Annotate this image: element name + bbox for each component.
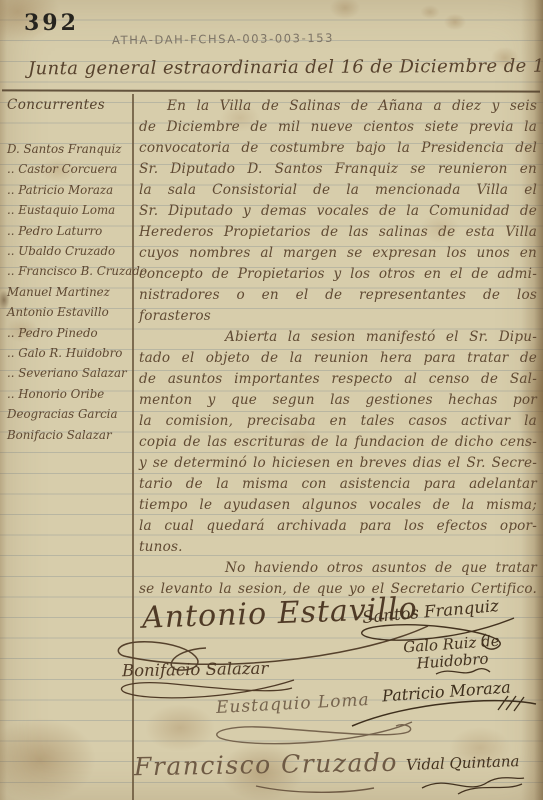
attendee-name: .. Eustaquio Loma (7, 200, 131, 220)
manuscript-page: 392 ATHA-DAH-FCHSA-003-003-153 Junta gen… (0, 0, 543, 800)
attendee-name: .. Pedro Pinedo (7, 323, 131, 343)
minutes-text: En la Villa de Salinas de Añana a diez y… (139, 96, 537, 600)
minutes-line: nistradores o en el de representantes de… (139, 285, 537, 306)
signature-flourish-loma (206, 716, 420, 750)
minutes-line: la sala Consistorial de la mencionada Vi… (139, 180, 537, 201)
attendees-column: Concurrentes D. Santos Franquiz .. Casto… (7, 97, 131, 445)
signature-vidal-quintana: Vidal Quintana (406, 752, 520, 774)
minutes-line: No haviendo otros asuntos de que tratar (139, 558, 537, 579)
session-title: Junta general estraordinaria del 16 de D… (28, 56, 538, 80)
attendee-name: Deogracias Garcia (7, 404, 131, 424)
minutes-line: Abierta la sesion manifestó el Sr. Dipu- (139, 327, 537, 348)
minutes-line: Sr. Diputado D. Santos Franquiz se reuni… (139, 159, 537, 180)
signature-francisco-cruzado: Francisco Cruzado (134, 748, 398, 782)
attendees-header: Concurrentes (7, 97, 131, 113)
attendee-name: Manuel Martinez (7, 282, 131, 302)
attendee-name: .. Patricio Moraza (7, 180, 131, 200)
minutes-line: tiempo le ayudasen algunos vocales de la… (139, 495, 537, 516)
minutes-line: forasteros (139, 306, 537, 327)
minutes-line: de asuntos importantes respecto al censo… (139, 369, 537, 390)
title-underline-rule (2, 89, 540, 92)
minutes-line: convocatoria de costumbre bajo la Presid… (139, 138, 537, 159)
attendee-name: .. Pedro Laturro (7, 221, 131, 241)
attendee-name: .. Severiano Salazar (7, 363, 131, 383)
attendee-name: .. Castor Corcuera (7, 159, 131, 179)
minutes-line: de Diciembre de mil nueve cientos siete … (139, 117, 537, 138)
attendee-name: .. Galo R. Huidobro (7, 343, 131, 363)
minutes-line: la comision, precisaba en tales casos ac… (139, 411, 537, 432)
minutes-line: tario de la misma con asistencia para ad… (139, 474, 537, 495)
attendee-name: Antonio Estavillo (7, 302, 131, 322)
minutes-line: tado el objeto de la reunion hera para t… (139, 348, 537, 369)
minutes-line: En la Villa de Salinas de Añana a diez y… (139, 96, 537, 117)
signature-rubric-quintana (418, 772, 530, 798)
attendee-name: D. Santos Franquiz (7, 139, 131, 159)
minutes-line: Sr. Diputado y demas vocales de la Comun… (139, 201, 537, 222)
archive-reference-code: ATHA-DAH-FCHSA-003-003-153 (112, 31, 334, 47)
attendee-name: .. Ubaldo Cruzado (7, 241, 131, 261)
minutes-line: menton y que segun las gestiones hechas … (139, 390, 537, 411)
minutes-line: cuyos nombres al margen se expresan los … (139, 243, 537, 264)
minutes-line: Herederos Propietarios de las salinas de… (139, 222, 537, 243)
attendee-name: .. Honorio Oribe (7, 384, 131, 404)
attendee-name: Bonifacio Salazar (7, 425, 131, 445)
minutes-line: y se determinó lo hiciesen en breves dia… (139, 453, 537, 474)
minutes-line: la cual quedará archivada para los efect… (139, 516, 537, 537)
minutes-line: tunos. (139, 537, 537, 558)
page-number: 392 (24, 10, 79, 36)
signature-rubric-huidobro (432, 664, 494, 680)
minutes-line: copia de las escrituras de la fundacion … (139, 432, 537, 453)
minutes-line: concepto de Propietarios y los otros en … (139, 264, 537, 285)
signature-underline-cruzado (252, 782, 378, 796)
attendee-name: .. Francisco B. Cruzado (7, 261, 131, 281)
